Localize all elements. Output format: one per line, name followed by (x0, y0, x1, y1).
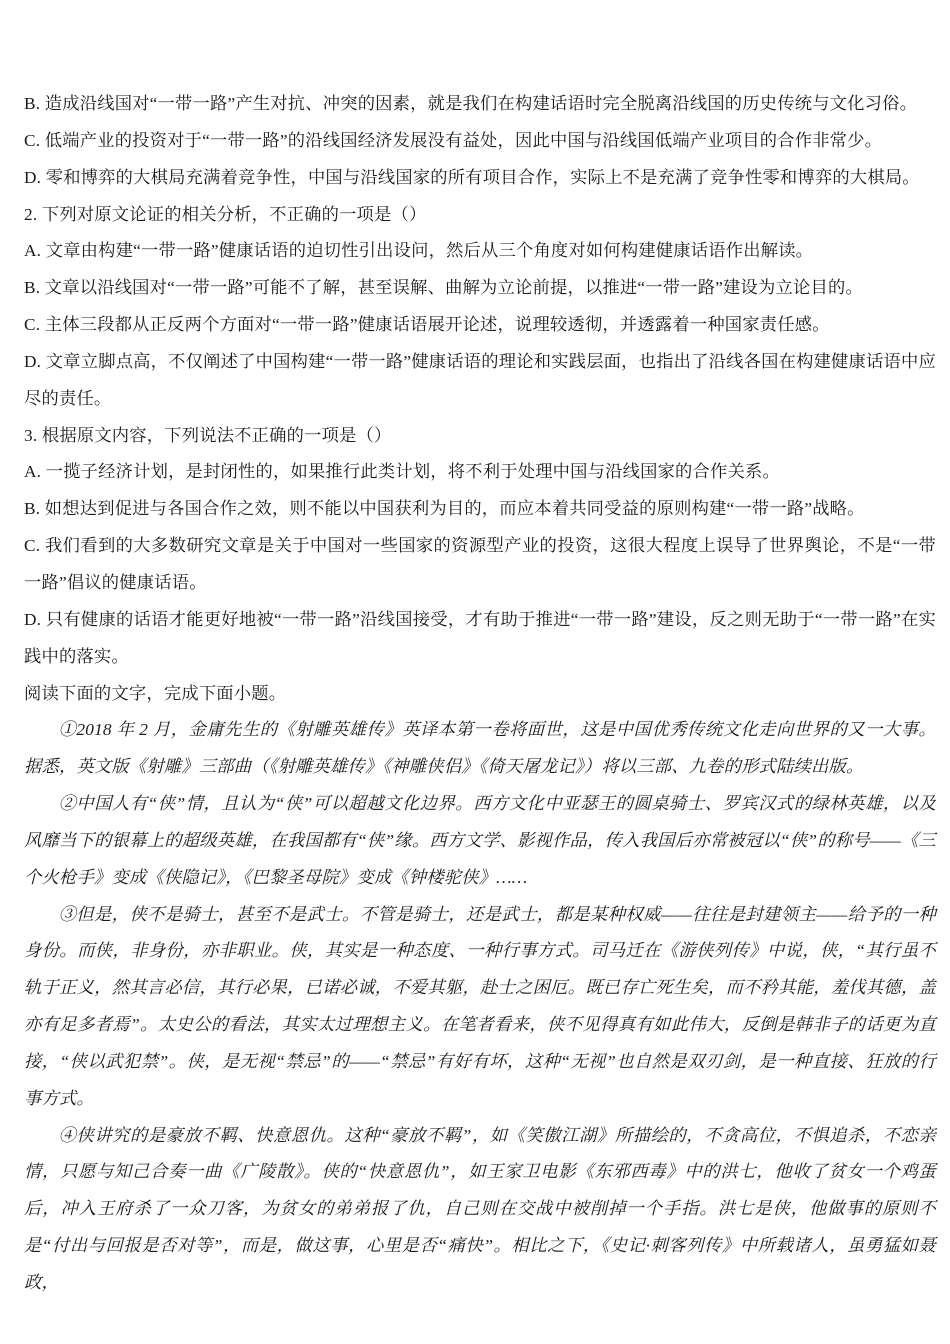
q2-option-b: B. 文章以沿线国对“一带一路”可能不了解，甚至误解、曲解为立论前提，以推进“一… (24, 270, 936, 307)
q2-option-a: A. 文章由构建“一带一路”健康话语的迫切性引出设问，然后从三个角度对如何构建健… (24, 233, 936, 270)
q3-option-a: A. 一揽子经济计划，是封闭性的，如果推行此类计划，将不利于处理中国与沿线国家的… (24, 454, 936, 491)
q1-option-b: B. 造成沿线国对“一带一路”产生对抗、冲突的因素，就是我们在构建话语时完全脱离… (24, 86, 936, 123)
q2-option-d: D. 文章立脚点高，不仅阐述了中国构建“一带一路”健康话语的理论和实践层面，也指… (24, 344, 936, 418)
q3-option-c: C. 我们看到的大多数研究文章是关于中国对一些国家的资源型产业的投资，这很大程度… (24, 528, 936, 602)
passage-para-1: ①2018 年 2 月，金庸先生的《射雕英雄传》英译本第一卷将面世，这是中国优秀… (24, 712, 936, 786)
reading-instruction: 阅读下面的文字，完成下面小题。 (24, 676, 936, 713)
passage-para-2: ②中国人有“侠”情，且认为“侠”可以超越文化边界。西方文化中亚瑟王的圆桌骑士、罗… (24, 786, 936, 897)
q1-option-c: C. 低端产业的投资对于“一带一路”的沿线国经济发展没有益处，因此中国与沿线国低… (24, 123, 936, 160)
q1-option-d: D. 零和博弈的大棋局充满着竞争性，中国与沿线国家的所有项目合作，实际上不是充满… (24, 160, 936, 197)
q2-option-c: C. 主体三段都从正反两个方面对“一带一路”健康话语展开论述，说理较透彻，并透露… (24, 307, 936, 344)
passage-para-4: ④侠讲究的是豪放不羁、快意恩仇。这种“豪放不羁”，如《笑傲江湖》所描绘的，不贪高… (24, 1118, 936, 1302)
q3-stem: 3. 根据原文内容，下列说法不正确的一项是（） (24, 418, 936, 455)
q3-option-b: B. 如想达到促进与各国合作之效，则不能以中国获利为目的，而应本着共同受益的原则… (24, 491, 936, 528)
q3-option-d: D. 只有健康的话语才能更好地被“一带一路”沿线国接受，才有助于推进“一带一路”… (24, 602, 936, 676)
passage-para-3: ③但是，侠不是骑士，甚至不是武士。不管是骑士，还是武士，都是某种权威——往往是封… (24, 897, 936, 1118)
q2-stem: 2. 下列对原文论证的相关分析，不正确的一项是（） (24, 197, 936, 234)
document-content: B. 造成沿线国对“一带一路”产生对抗、冲突的因素，就是我们在构建话语时完全脱离… (24, 86, 936, 1302)
document-page: B. 造成沿线国对“一带一路”产生对抗、冲突的因素，就是我们在构建话语时完全脱离… (0, 0, 950, 1344)
